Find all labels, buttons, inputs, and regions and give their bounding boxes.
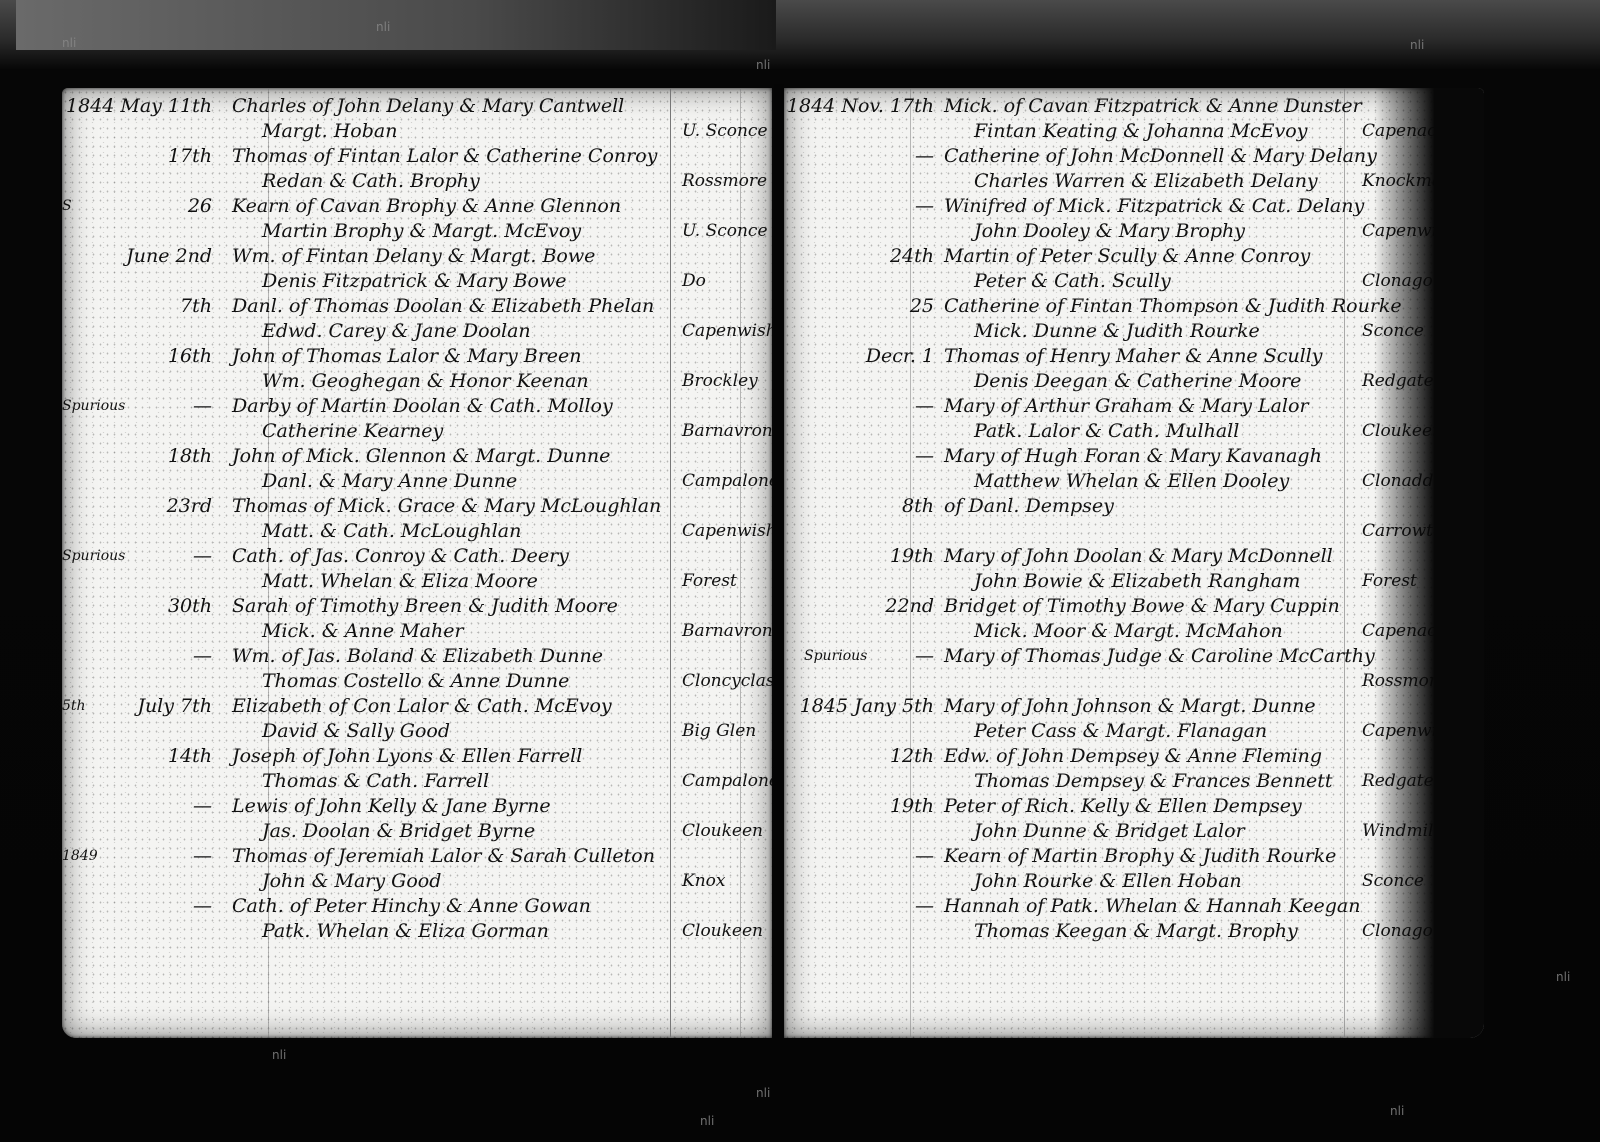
child-and-parents: Mary of Hugh Foran & Mary Kavanagh xyxy=(944,444,1322,469)
sponsors: John & Mary Good xyxy=(262,869,441,894)
sponsors: John Dunne & Bridget Lalor xyxy=(974,819,1245,844)
entry-date: 19th xyxy=(784,544,934,569)
townland: Barnavrone xyxy=(682,619,772,644)
entry-date: 1844 May 11th xyxy=(62,94,212,119)
entry-list: 1844 May 11thCharles of John Delany & Ma… xyxy=(62,94,772,944)
child-and-parents: Thomas of Jeremiah Lalor & Sarah Culleto… xyxy=(232,844,655,869)
townland: Capenwish xyxy=(682,519,772,544)
register-entry: 14thJoseph of John Lyons & Ellen Farrell… xyxy=(62,744,772,794)
register-entry: —Wm. of Jas. Boland & Elizabeth DunneTho… xyxy=(62,644,772,694)
townland: Barnavrone xyxy=(682,419,772,444)
entry-date: 12th xyxy=(784,744,934,769)
child-and-parents: Kearn of Martin Brophy & Judith Rourke xyxy=(944,844,1336,869)
child-and-parents: Peter of Rich. Kelly & Ellen Dempsey xyxy=(944,794,1302,819)
sponsors: Thomas Keegan & Margt. Brophy xyxy=(974,919,1298,944)
entry-date: 19th xyxy=(784,794,934,819)
sponsors: Redan & Cath. Brophy xyxy=(262,169,480,194)
townland: Knox xyxy=(682,869,725,894)
child-and-parents: Charles of John Delany & Mary Cantwell xyxy=(232,94,624,119)
register-entry: 5thJuly 7thElizabeth of Con Lalor & Cath… xyxy=(62,694,772,744)
sponsors: Danl. & Mary Anne Dunne xyxy=(262,469,517,494)
sponsors: Thomas Dempsey & Frances Bennett xyxy=(974,769,1333,794)
child-and-parents: Edw. of John Dempsey & Anne Fleming xyxy=(944,744,1322,769)
child-and-parents: Kearn of Cavan Brophy & Anne Glennon xyxy=(232,194,621,219)
entry-date: July 7th xyxy=(62,694,212,719)
child-and-parents: Thomas of Mick. Grace & Mary McLoughlan xyxy=(232,494,661,519)
child-and-parents: Joseph of John Lyons & Ellen Farrell xyxy=(232,744,582,769)
townland: Campalone xyxy=(682,769,772,794)
sponsors: John Bowie & Elizabeth Rangham xyxy=(974,569,1300,594)
sponsors: David & Sally Good xyxy=(262,719,450,744)
sponsors: Denis Fitzpatrick & Mary Bowe xyxy=(262,269,566,294)
sponsors: Charles Warren & Elizabeth Delany xyxy=(974,169,1318,194)
sponsors: Patk. Lalor & Cath. Mulhall xyxy=(974,419,1239,444)
sponsors: Mick. Dunne & Judith Rourke xyxy=(974,319,1260,344)
entry-date: — xyxy=(62,844,212,869)
watermark: nli xyxy=(756,1086,770,1100)
sponsors: Fintan Keating & Johanna McEvoy xyxy=(974,119,1307,144)
entry-date: 22nd xyxy=(784,594,934,619)
entry-date: — xyxy=(62,394,212,419)
right-page: 1844 Nov. 17thMick. of Cavan Fitzpatrick… xyxy=(784,88,1484,1038)
sponsors: Catherine Kearney xyxy=(262,419,443,444)
register-entry: 17thThomas of Fintan Lalor & Catherine C… xyxy=(62,144,772,194)
child-and-parents: Mary of John Johnson & Margt. Dunne xyxy=(944,694,1316,719)
child-and-parents: John of Thomas Lalor & Mary Breen xyxy=(232,344,582,369)
child-and-parents: of Danl. Dempsey xyxy=(944,494,1114,519)
sponsors: Patk. Whelan & Eliza Gorman xyxy=(262,919,549,944)
entry-date: — xyxy=(62,894,212,919)
child-and-parents: Cath. of Peter Hinchy & Anne Gowan xyxy=(232,894,591,919)
sponsors: Mick. Moor & Margt. McMahon xyxy=(974,619,1283,644)
child-and-parents: Elizabeth of Con Lalor & Cath. McEvoy xyxy=(232,694,612,719)
entry-date: — xyxy=(784,444,934,469)
entry-date: — xyxy=(784,144,934,169)
watermark: nli xyxy=(62,36,76,50)
townland: Do xyxy=(682,269,706,294)
watermark: nli xyxy=(376,20,390,34)
entry-date: Decr. 1 xyxy=(784,344,934,369)
register-entry: 23rdThomas of Mick. Grace & Mary McLough… xyxy=(62,494,772,544)
book-gutter xyxy=(774,84,784,1044)
townland: Cloncyclash xyxy=(682,669,772,694)
register-entry: 1844 May 11thCharles of John Delany & Ma… xyxy=(62,94,772,144)
register-entry: 30thSarah of Timothy Breen & Judith Moor… xyxy=(62,594,772,644)
entry-date: 18th xyxy=(62,444,212,469)
child-and-parents: Bridget of Timothy Bowe & Mary Cuppin xyxy=(944,594,1340,619)
entry-date: 17th xyxy=(62,144,212,169)
child-and-parents: Wm. of Fintan Delany & Margt. Bowe xyxy=(232,244,595,269)
entry-date: 23rd xyxy=(62,494,212,519)
townland: Big Glen xyxy=(682,719,756,744)
left-page: 1844 May 11thCharles of John Delany & Ma… xyxy=(62,88,772,1038)
register-entry: 7thDanl. of Thomas Doolan & Elizabeth Ph… xyxy=(62,294,772,344)
child-and-parents: John of Mick. Glennon & Margt. Dunne xyxy=(232,444,610,469)
entry-date: — xyxy=(784,894,934,919)
sponsors: Matt. Whelan & Eliza Moore xyxy=(262,569,538,594)
townland: U. Sconce xyxy=(682,219,768,244)
child-and-parents: Martin of Peter Scully & Anne Conroy xyxy=(944,244,1310,269)
entry-date: 1845 Jany 5th xyxy=(784,694,934,719)
register-entry: 1849—Thomas of Jeremiah Lalor & Sarah Cu… xyxy=(62,844,772,894)
sponsors: Wm. Geoghegan & Honor Keenan xyxy=(262,369,589,394)
watermark: nli xyxy=(1556,970,1570,984)
register-entry: June 2ndWm. of Fintan Delany & Margt. Bo… xyxy=(62,244,772,294)
sponsors: Mick. & Anne Maher xyxy=(262,619,464,644)
sponsors: Margt. Hoban xyxy=(262,119,397,144)
townland: Cloukeen xyxy=(682,919,763,944)
child-and-parents: Wm. of Jas. Boland & Elizabeth Dunne xyxy=(232,644,603,669)
entry-date: 1844 Nov. 17th xyxy=(784,94,934,119)
entry-date: — xyxy=(784,844,934,869)
townland: Capenwish xyxy=(682,319,772,344)
child-and-parents: Mary of John Doolan & Mary McDonnell xyxy=(944,544,1333,569)
townland: U. Sconce xyxy=(682,119,768,144)
watermark: nli xyxy=(1410,38,1424,52)
sponsors: Matt. & Cath. McLoughlan xyxy=(262,519,521,544)
entry-date: June 2nd xyxy=(62,244,212,269)
entry-date: — xyxy=(784,394,934,419)
sponsors: John Rourke & Ellen Hoban xyxy=(974,869,1242,894)
townland: Rossmore xyxy=(682,169,767,194)
child-and-parents: Catherine of John McDonnell & Mary Delan… xyxy=(944,144,1377,169)
register-entry: —Cath. of Peter Hinchy & Anne GowanPatk.… xyxy=(62,894,772,944)
entry-date: — xyxy=(62,644,212,669)
sponsors: Jas. Doolan & Bridget Byrne xyxy=(262,819,535,844)
child-and-parents: Darby of Martin Doolan & Cath. Molloy xyxy=(232,394,613,419)
child-and-parents: Thomas of Fintan Lalor & Catherine Conro… xyxy=(232,144,657,169)
sponsors: Peter Cass & Margt. Flanagan xyxy=(974,719,1267,744)
watermark: nli xyxy=(272,1048,286,1062)
register-entry: 18thJohn of Mick. Glennon & Margt. Dunne… xyxy=(62,444,772,494)
sponsors: Matthew Whelan & Ellen Dooley xyxy=(974,469,1289,494)
entry-date: 30th xyxy=(62,594,212,619)
child-and-parents: Winifred of Mick. Fitzpatrick & Cat. Del… xyxy=(944,194,1364,219)
sponsors: Denis Deegan & Catherine Moore xyxy=(974,369,1301,394)
entry-date: — xyxy=(784,194,934,219)
entry-date: 8th xyxy=(784,494,934,519)
register-entry: S26Kearn of Cavan Brophy & Anne GlennonM… xyxy=(62,194,772,244)
child-and-parents: Danl. of Thomas Doolan & Elizabeth Phela… xyxy=(232,294,654,319)
child-and-parents: Mick. of Cavan Fitzpatrick & Anne Dunste… xyxy=(944,94,1362,119)
child-and-parents: Cath. of Jas. Conroy & Cath. Deery xyxy=(232,544,569,569)
watermark: nli xyxy=(700,1114,714,1128)
child-and-parents: Thomas of Henry Maher & Anne Scully xyxy=(944,344,1323,369)
sponsors: Thomas Costello & Anne Dunne xyxy=(262,669,569,694)
watermark: nli xyxy=(1390,1104,1404,1118)
child-and-parents: Mary of Thomas Judge & Caroline McCarthy xyxy=(944,644,1375,669)
entry-date: 25 xyxy=(784,294,934,319)
sponsors: Peter & Cath. Scully xyxy=(974,269,1171,294)
register-entry: Spurious—Darby of Martin Doolan & Cath. … xyxy=(62,394,772,444)
townland: Cloukeen xyxy=(682,819,763,844)
entry-date: — xyxy=(62,544,212,569)
entry-date: 24th xyxy=(784,244,934,269)
register-entry: 16thJohn of Thomas Lalor & Mary BreenWm.… xyxy=(62,344,772,394)
entry-date: 16th xyxy=(62,344,212,369)
page-shadow xyxy=(1374,88,1484,1038)
townland: Forest xyxy=(682,569,737,594)
townland: Brockley xyxy=(682,369,758,394)
entry-date: 7th xyxy=(62,294,212,319)
sponsors: Edwd. Carey & Jane Doolan xyxy=(262,319,531,344)
child-and-parents: Catherine of Fintan Thompson & Judith Ro… xyxy=(944,294,1402,319)
townland: Campalone xyxy=(682,469,772,494)
child-and-parents: Sarah of Timothy Breen & Judith Moore xyxy=(232,594,618,619)
register-entry: —Lewis of John Kelly & Jane ByrneJas. Do… xyxy=(62,794,772,844)
child-and-parents: Hannah of Patk. Whelan & Hannah Keegan xyxy=(944,894,1361,919)
entry-date: 14th xyxy=(62,744,212,769)
ledger-top-edge xyxy=(16,0,776,50)
child-and-parents: Lewis of John Kelly & Jane Byrne xyxy=(232,794,551,819)
entry-date: — xyxy=(62,794,212,819)
sponsors: Martin Brophy & Margt. McEvoy xyxy=(262,219,581,244)
register-entry: Spurious—Cath. of Jas. Conroy & Cath. De… xyxy=(62,544,772,594)
sponsors: Thomas & Cath. Farrell xyxy=(262,769,489,794)
entry-date: 26 xyxy=(62,194,212,219)
child-and-parents: Mary of Arthur Graham & Mary Lalor xyxy=(944,394,1309,419)
sponsors: John Dooley & Mary Brophy xyxy=(974,219,1245,244)
watermark: nli xyxy=(756,58,770,72)
entry-date: — xyxy=(784,644,934,669)
